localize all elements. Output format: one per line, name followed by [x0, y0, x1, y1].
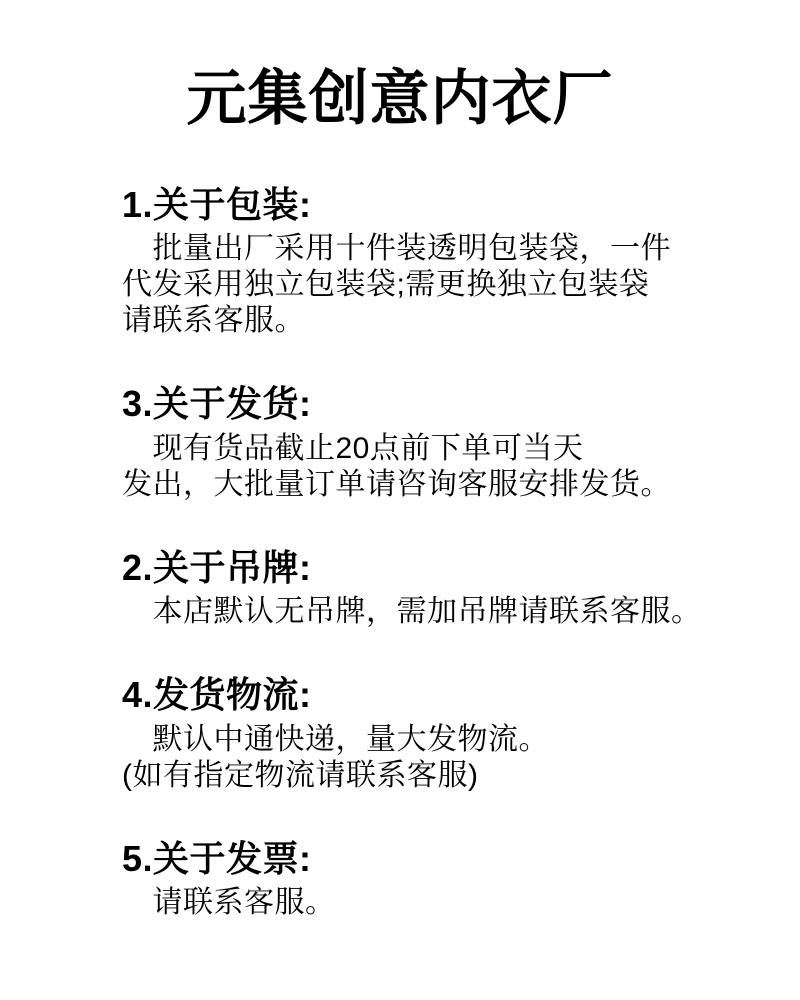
section-packaging-line: 请联系客服。 — [122, 303, 752, 339]
notice-page: 元集创意内衣厂 1.关于包装: 批量出厂采用十件装透明包装袋，一件 代发采用独立… — [0, 0, 800, 1000]
section-hang-tags-line: 本店默认无吊牌，需加吊牌请联系客服。 — [122, 594, 752, 630]
section-logistics-line: (如有指定物流请联系客服) — [122, 758, 752, 794]
section-logistics-heading: 4.发货物流: — [122, 674, 752, 715]
page-title: 元集创意内衣厂 — [0, 66, 800, 132]
section-shipping-line: 发出，大批量订单请咨询客服安排发货。 — [122, 467, 752, 503]
section-logistics-line: 默认中通快递，量大发物流。 — [122, 722, 752, 758]
section-hang-tags: 2.关于吊牌: 本店默认无吊牌，需加吊牌请联系客服。 — [122, 547, 752, 630]
section-invoice-heading: 5.关于发票: — [122, 838, 752, 879]
section-packaging-heading: 1.关于包装: — [122, 184, 752, 225]
notice-content: 1.关于包装: 批量出厂采用十件装透明包装袋，一件 代发采用独立包装袋;需更换独… — [0, 184, 800, 921]
section-hang-tags-heading: 2.关于吊牌: — [122, 547, 752, 588]
section-packaging-line: 批量出厂采用十件装透明包装袋，一件 — [122, 231, 752, 267]
section-shipping-line: 现有货品截止20点前下单可当天 — [122, 431, 752, 467]
section-invoice: 5.关于发票: 请联系客服。 — [122, 838, 752, 921]
section-shipping-heading: 3.关于发货: — [122, 383, 752, 424]
section-invoice-line: 请联系客服。 — [122, 885, 752, 921]
section-logistics: 4.发货物流: 默认中通快递，量大发物流。 (如有指定物流请联系客服) — [122, 674, 752, 793]
section-packaging-line: 代发采用独立包装袋;需更换独立包装袋 — [122, 267, 752, 303]
section-packaging: 1.关于包装: 批量出厂采用十件装透明包装袋，一件 代发采用独立包装袋;需更换独… — [122, 184, 752, 339]
section-shipping: 3.关于发货: 现有货品截止20点前下单可当天 发出，大批量订单请咨询客服安排发… — [122, 383, 752, 502]
